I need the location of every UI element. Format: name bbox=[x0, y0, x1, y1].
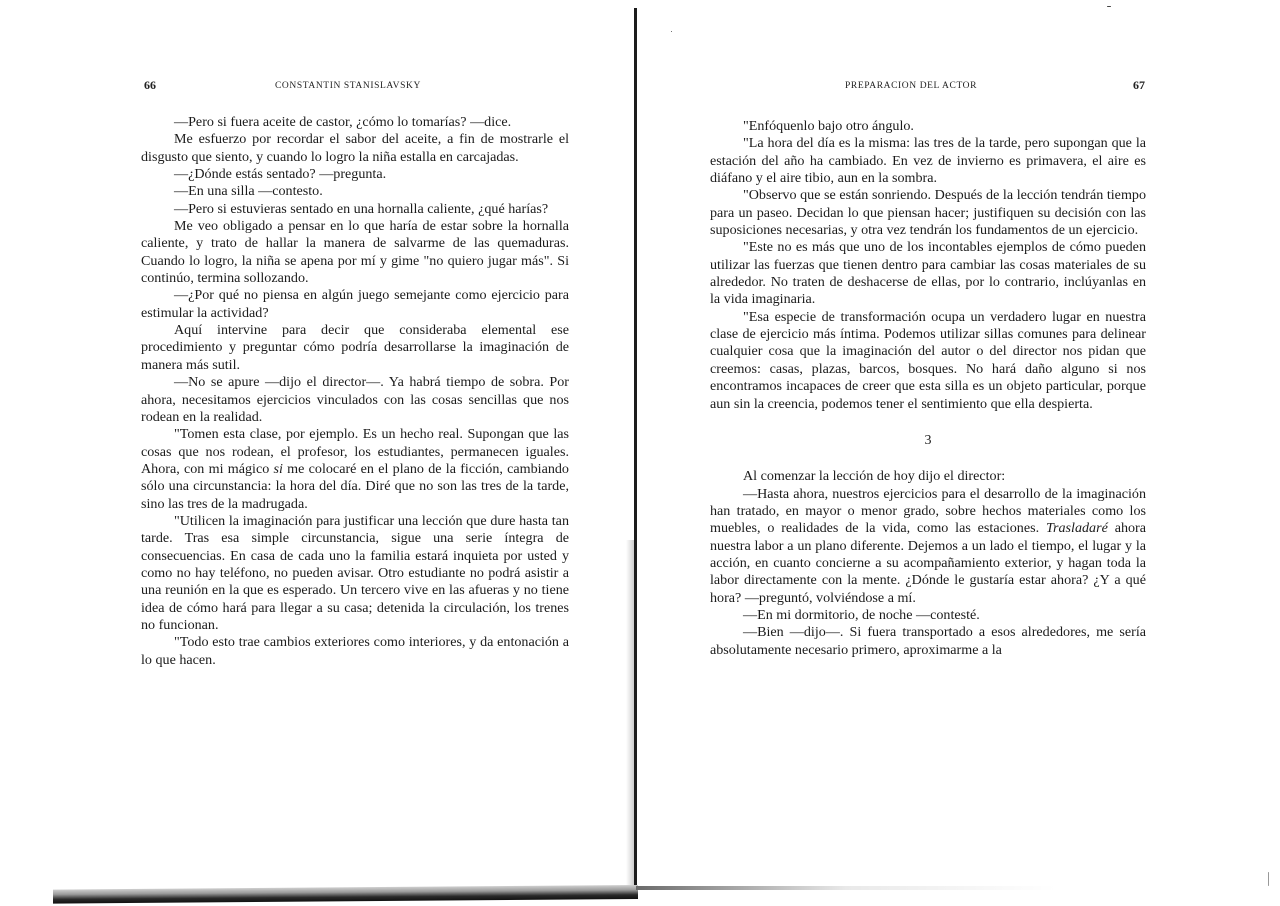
page-number-left: 66 bbox=[144, 78, 156, 93]
paragraph: —Pero si fuera aceite de castor, ¿cómo l… bbox=[141, 114, 569, 131]
section-number: 3 bbox=[710, 432, 1146, 449]
running-head-right: PREPARACION DEL ACTOR bbox=[845, 81, 977, 91]
paragraph: "Utilicen la imaginación para justificar… bbox=[141, 513, 569, 634]
paragraph: "La hora del día es la misma: las tres d… bbox=[710, 135, 1146, 187]
italic-word: si bbox=[274, 461, 283, 477]
book-spine bbox=[634, 8, 637, 896]
paragraph: —Pero si estuvieras sentado en una horna… bbox=[141, 201, 569, 218]
right-page-body: "Enfóquenlo bajo otro ángulo. "La hora d… bbox=[710, 118, 1146, 659]
paragraph-with-italic: "Tomen esta clase, por ejemplo. Es un he… bbox=[141, 426, 569, 513]
left-page: 66 CONSTANTIN STANISLAVSKY —Pero si fuer… bbox=[0, 0, 635, 906]
paragraph: Me esfuerzo por recordar el sabor del ac… bbox=[141, 131, 569, 166]
paragraph: —¿Por qué no piensa en algún juego semej… bbox=[141, 287, 569, 322]
left-page-body: —Pero si fuera aceite de castor, ¿cómo l… bbox=[141, 114, 569, 669]
page-number-right: 67 bbox=[1133, 78, 1145, 93]
paragraph: —No se apure —dijo el director—. Ya habr… bbox=[141, 374, 569, 426]
paragraph: Al comenzar la lección de hoy dijo el di… bbox=[710, 468, 1146, 485]
paragraph: "Todo esto trae cambios exteriores como … bbox=[141, 634, 569, 669]
italic-word: Trasladaré bbox=[1046, 520, 1108, 536]
right-page: PREPARACION DEL ACTOR 67 "Enfóquenlo baj… bbox=[638, 0, 1280, 906]
paragraph: "Este no es más que uno de los incontabl… bbox=[710, 239, 1146, 308]
paragraph: Me veo obligado a pensar en lo que haría… bbox=[141, 218, 569, 287]
paragraph: "Esa especie de transformación ocupa un … bbox=[710, 309, 1146, 413]
paragraph-with-italic: —Hasta ahora, nuestros ejercicios para e… bbox=[710, 486, 1146, 607]
paragraph: —En una silla —contesto. bbox=[141, 183, 569, 200]
paragraph: "Enfóquenlo bajo otro ángulo. bbox=[710, 118, 1146, 135]
running-head-left: CONSTANTIN STANISLAVSKY bbox=[275, 81, 421, 91]
paragraph: "Observo que se están sonriendo. Después… bbox=[710, 187, 1146, 239]
paragraph: —En mi dormitorio, de noche —contesté. bbox=[710, 607, 1146, 624]
paragraph: Aquí intervine para decir que considerab… bbox=[141, 322, 569, 374]
paragraph: —¿Dónde estás sentado? —pregunta. bbox=[141, 166, 569, 183]
paragraph: —Bien —dijo—. Si fuera transportado a es… bbox=[710, 624, 1146, 659]
